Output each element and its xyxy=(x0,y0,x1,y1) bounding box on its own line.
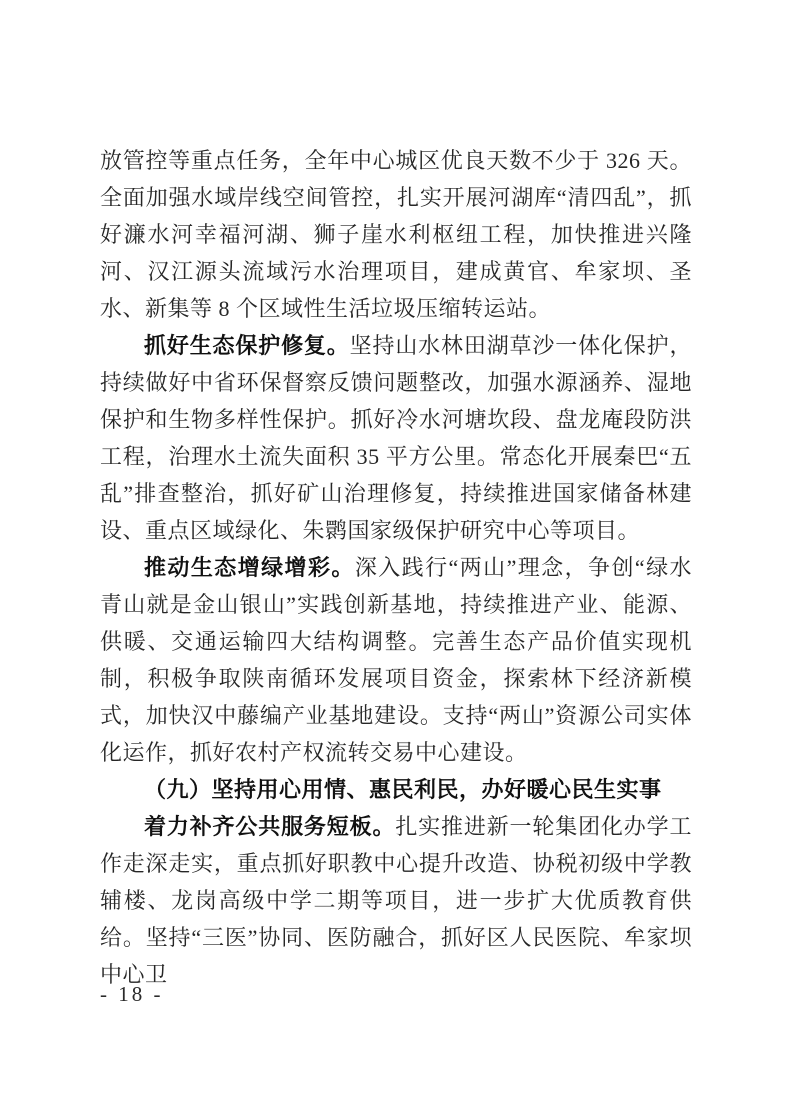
paragraph-public-services: 着力补齐公共服务短板。扎实推进新一轮集团化办学工作走深走实，重点抓好职教中心提升… xyxy=(100,808,692,993)
paragraph-lead: 推动生态增绿增彩。 xyxy=(144,555,355,580)
page-number: - 18 - xyxy=(100,982,164,1006)
paragraph-lead: 抓好生态保护修复。 xyxy=(144,333,350,358)
document-body: 放管控等重点任务，全年中心城区优良天数不少于 326 天。全面加强水域岸线空间管… xyxy=(100,142,692,993)
paragraph-text: 坚持山水林田湖草沙一体化保护，持续做好中省环保督察反馈问题整改，加强水源涵养、湿… xyxy=(100,333,692,543)
paragraph-text: 扎实推进新一轮集团化办学工作走深走实，重点抓好职教中心提升改造、协税初级中学教辅… xyxy=(100,814,692,987)
paragraph-text: 深入践行“两山”理念，争创“绿水青山就是金山银山”实践创新基地，持续推进产业、能… xyxy=(100,555,692,765)
document-page: 放管控等重点任务，全年中心城区优良天数不少于 326 天。全面加强水域岸线空间管… xyxy=(0,0,792,1120)
section-heading-nine: （九）坚持用心用情、惠民利民，办好暖心民生实事 xyxy=(100,771,692,808)
paragraph-continuation: 放管控等重点任务，全年中心城区优良天数不少于 326 天。全面加强水域岸线空间管… xyxy=(100,142,692,327)
paragraph-eco-protection: 抓好生态保护修复。坚持山水林田湖草沙一体化保护，持续做好中省环保督察反馈问题整改… xyxy=(100,327,692,549)
paragraph-eco-greening: 推动生态增绿增彩。深入践行“两山”理念，争创“绿水青山就是金山银山”实践创新基地… xyxy=(100,549,692,771)
paragraph-lead: 着力补齐公共服务短板。 xyxy=(144,814,395,839)
section-heading-text: （九）坚持用心用情、惠民利民，办好暖心民生实事 xyxy=(144,777,662,802)
paragraph-text: 放管控等重点任务，全年中心城区优良天数不少于 326 天。全面加强水域岸线空间管… xyxy=(100,148,692,321)
